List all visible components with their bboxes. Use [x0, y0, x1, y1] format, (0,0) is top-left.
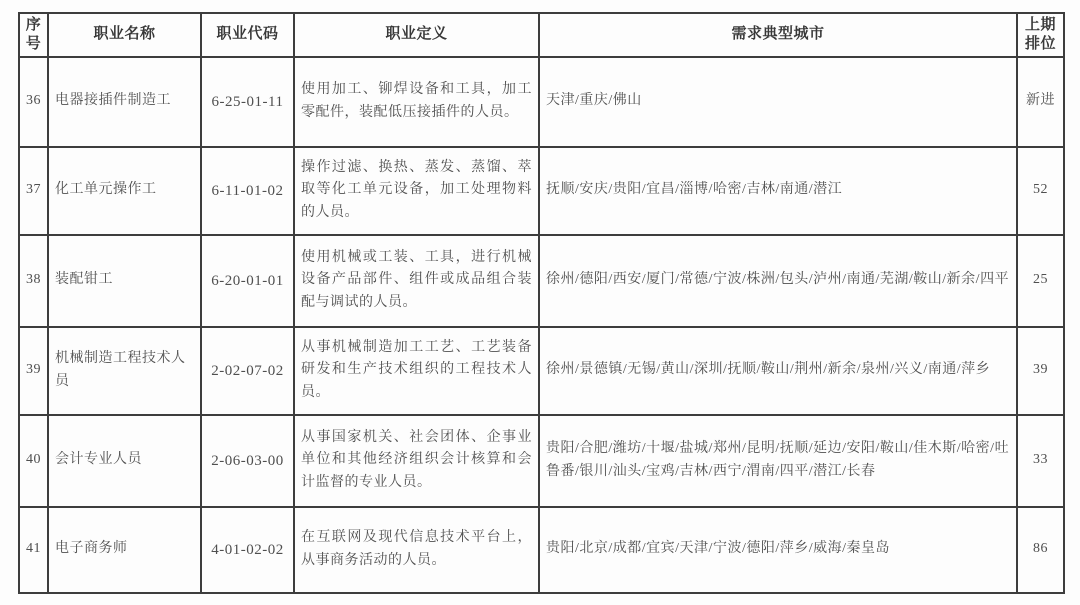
table-row: 40 会计专业人员 2-06-03-00 从事国家机关、社会团体、企事业单位和其…: [19, 415, 1064, 507]
table-body: 36 电器接插件制造工 6-25-01-11 使用加工、铆焊设备和工具，加工零配…: [19, 57, 1064, 593]
table-header: 序号 职业名称 职业代码 职业定义 需求典型城市 上期排位: [19, 13, 1064, 57]
row-no: 40: [19, 415, 48, 507]
table-row: 37 化工单元操作工 6-11-01-02 操作过滤、换热、蒸发、蒸馏、萃取等化…: [19, 147, 1064, 235]
col-header-rank: 上期排位: [1017, 13, 1064, 57]
occupation-definition: 从事国家机关、社会团体、企事业单位和其他经济组织会计核算和会计监督的专业人员。: [294, 415, 539, 507]
occupation-name: 会计专业人员: [48, 415, 201, 507]
row-no: 39: [19, 327, 48, 415]
row-no: 41: [19, 507, 48, 593]
previous-rank: 25: [1017, 235, 1064, 327]
table-row: 41 电子商务师 4-01-02-02 在互联网及现代信息技术平台上，从事商务活…: [19, 507, 1064, 593]
row-no: 37: [19, 147, 48, 235]
demand-cities: 天津/重庆/佛山: [539, 57, 1017, 147]
occupation-code: 6-11-01-02: [201, 147, 294, 235]
occupation-name: 装配钳工: [48, 235, 201, 327]
occupation-definition: 使用加工、铆焊设备和工具，加工零配件，装配低压接插件的人员。: [294, 57, 539, 147]
row-no: 36: [19, 57, 48, 147]
col-header-no: 序号: [19, 13, 48, 57]
occupation-name: 电子商务师: [48, 507, 201, 593]
occupation-name: 机械制造工程技术人员: [48, 327, 201, 415]
occupation-code: 2-06-03-00: [201, 415, 294, 507]
previous-rank: 52: [1017, 147, 1064, 235]
previous-rank: 86: [1017, 507, 1064, 593]
table-row: 38 装配钳工 6-20-01-01 使用机械或工装、工具，进行机械设备产品部件…: [19, 235, 1064, 327]
demand-cities: 徐州/景德镇/无锡/黄山/深圳/抚顺/鞍山/荆州/新余/泉州/兴义/南通/萍乡: [539, 327, 1017, 415]
occupation-code: 4-01-02-02: [201, 507, 294, 593]
occupation-definition: 使用机械或工装、工具，进行机械设备产品部件、组件或成品组合装配与调试的人员。: [294, 235, 539, 327]
occupation-definition: 在互联网及现代信息技术平台上，从事商务活动的人员。: [294, 507, 539, 593]
row-no: 38: [19, 235, 48, 327]
demand-cities: 徐州/德阳/西安/厦门/常德/宁波/株洲/包头/泸州/南通/芜湖/鞍山/新余/四…: [539, 235, 1017, 327]
occupation-definition: 从事机械制造加工工艺、工艺装备研发和生产技术组织的工程技术人员。: [294, 327, 539, 415]
col-header-code: 职业代码: [201, 13, 294, 57]
demand-cities: 贵阳/合肥/潍坊/十堰/盐城/郑州/昆明/抚顺/延边/安阳/鞍山/佳木斯/哈密/…: [539, 415, 1017, 507]
occupation-name: 化工单元操作工: [48, 147, 201, 235]
col-header-definition: 职业定义: [294, 13, 539, 57]
occupation-name: 电器接插件制造工: [48, 57, 201, 147]
table-row: 39 机械制造工程技术人员 2-02-07-02 从事机械制造加工工艺、工艺装备…: [19, 327, 1064, 415]
occupation-ranking-table: 序号 职业名称 职业代码 职业定义 需求典型城市 上期排位 36 电器接插件制造…: [18, 12, 1065, 594]
previous-rank: 新进: [1017, 57, 1064, 147]
demand-cities: 贵阳/北京/成都/宜宾/天津/宁波/德阳/萍乡/威海/秦皇岛: [539, 507, 1017, 593]
occupation-code: 2-02-07-02: [201, 327, 294, 415]
occupation-code: 6-20-01-01: [201, 235, 294, 327]
previous-rank: 33: [1017, 415, 1064, 507]
col-header-name: 职业名称: [48, 13, 201, 57]
previous-rank: 39: [1017, 327, 1064, 415]
header-row: 序号 职业名称 职业代码 职业定义 需求典型城市 上期排位: [19, 13, 1064, 57]
table-row: 36 电器接插件制造工 6-25-01-11 使用加工、铆焊设备和工具，加工零配…: [19, 57, 1064, 147]
col-header-cities: 需求典型城市: [539, 13, 1017, 57]
occupation-definition: 操作过滤、换热、蒸发、蒸馏、萃取等化工单元设备，加工处理物料的人员。: [294, 147, 539, 235]
demand-cities: 抚顺/安庆/贵阳/宜昌/淄博/哈密/吉林/南通/潜江: [539, 147, 1017, 235]
occupation-code: 6-25-01-11: [201, 57, 294, 147]
